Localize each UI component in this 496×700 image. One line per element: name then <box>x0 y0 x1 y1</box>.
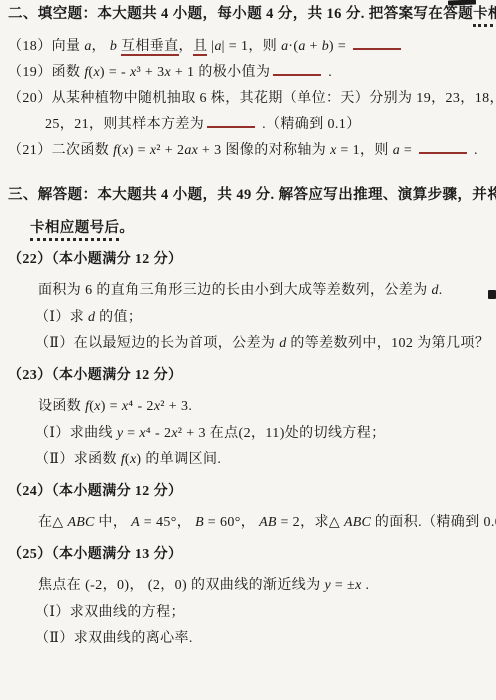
red-underline: 且 <box>193 39 207 56</box>
doc-line: （18）向量 a， b 互相垂直，且 |a| = 1，则 a·(a + b) = <box>8 39 486 55</box>
scan-smudge-top <box>448 0 476 5</box>
doc-line: （23）（本小题满分 12 分） <box>8 368 486 384</box>
answer-blank <box>207 122 255 128</box>
doc-line: 焦点在 (-2，0)， (2，0) 的双曲线的渐近线为 y = ±x . <box>38 578 486 594</box>
doc-line: （Ⅰ）求双曲线的方程； <box>35 605 486 621</box>
doc-line: 三、解答题：本大题共 4 小题，共 49 分. 解答应写出推理、演算步骤，并将其… <box>8 187 486 203</box>
doc-line: （21）二次函数 f(x) = x² + 2ax + 3 图像的对称轴为 x =… <box>8 143 486 159</box>
doc-line: （Ⅱ）求双曲线的离心率. <box>35 631 486 647</box>
doc-line: 在△ ABC 中， A = 45°， B = 60°， AB = 2，求△ AB… <box>38 515 486 531</box>
answer-blank <box>273 70 321 76</box>
red-underline: 互相垂直 <box>121 39 179 56</box>
doc-line: （19）函数 f(x) = - x³ + 3x + 1 的极小值为 . <box>8 65 486 81</box>
doc-line: （22）（本小题满分 12 分） <box>8 252 486 268</box>
exam-page: 二、填空题：本大题共 4 小题，每小题 4 分，共 16 分. 把答案写在答题卡… <box>0 0 496 700</box>
scan-smudge-right <box>488 290 496 299</box>
doc-line: 25，21，则其样本方差为 .（精确到 0.1） <box>45 117 486 133</box>
doc-line: （Ⅰ）求 d 的值； <box>35 310 486 326</box>
doc-line: 二、填空题：本大题共 4 小题，每小题 4 分，共 16 分. 把答案写在答题卡… <box>8 6 486 22</box>
doc-line: （Ⅰ）求曲线 y = x⁴ - 2x² + 3 在点(2，11)处的切线方程； <box>35 426 486 442</box>
answer-blank <box>419 148 467 154</box>
doc-line: 卡相应题号后。 <box>30 220 486 236</box>
doc-line: （Ⅱ）求函数 f(x) 的单调区间. <box>35 452 486 468</box>
exam-document: 二、填空题：本大题共 4 小题，每小题 4 分，共 16 分. 把答案写在答题卡… <box>8 6 486 647</box>
doc-line: 设函数 f(x) = x⁴ - 2x² + 3. <box>38 399 486 415</box>
doc-line: （20）从某种植物中随机抽取 6 株，其花期（单位：天）分别为 19，23，18… <box>8 91 486 107</box>
doc-line: （25）（本小题满分 13 分） <box>8 547 486 563</box>
doc-line: （24）（本小题满分 12 分） <box>8 484 486 500</box>
doc-line: （Ⅱ）在以最短边的长为首项，公差为 d 的等差数列中，102 为第几项？ <box>35 336 486 352</box>
emphasis-dots: 卡相应题号后。 <box>473 6 496 27</box>
answer-blank <box>353 44 401 50</box>
doc-line: 面积为 6 的直角三角形三边的长由小到大成等差数列，公差为 d. <box>38 283 486 299</box>
emphasis-dots: 卡相应题号后 <box>30 220 119 241</box>
